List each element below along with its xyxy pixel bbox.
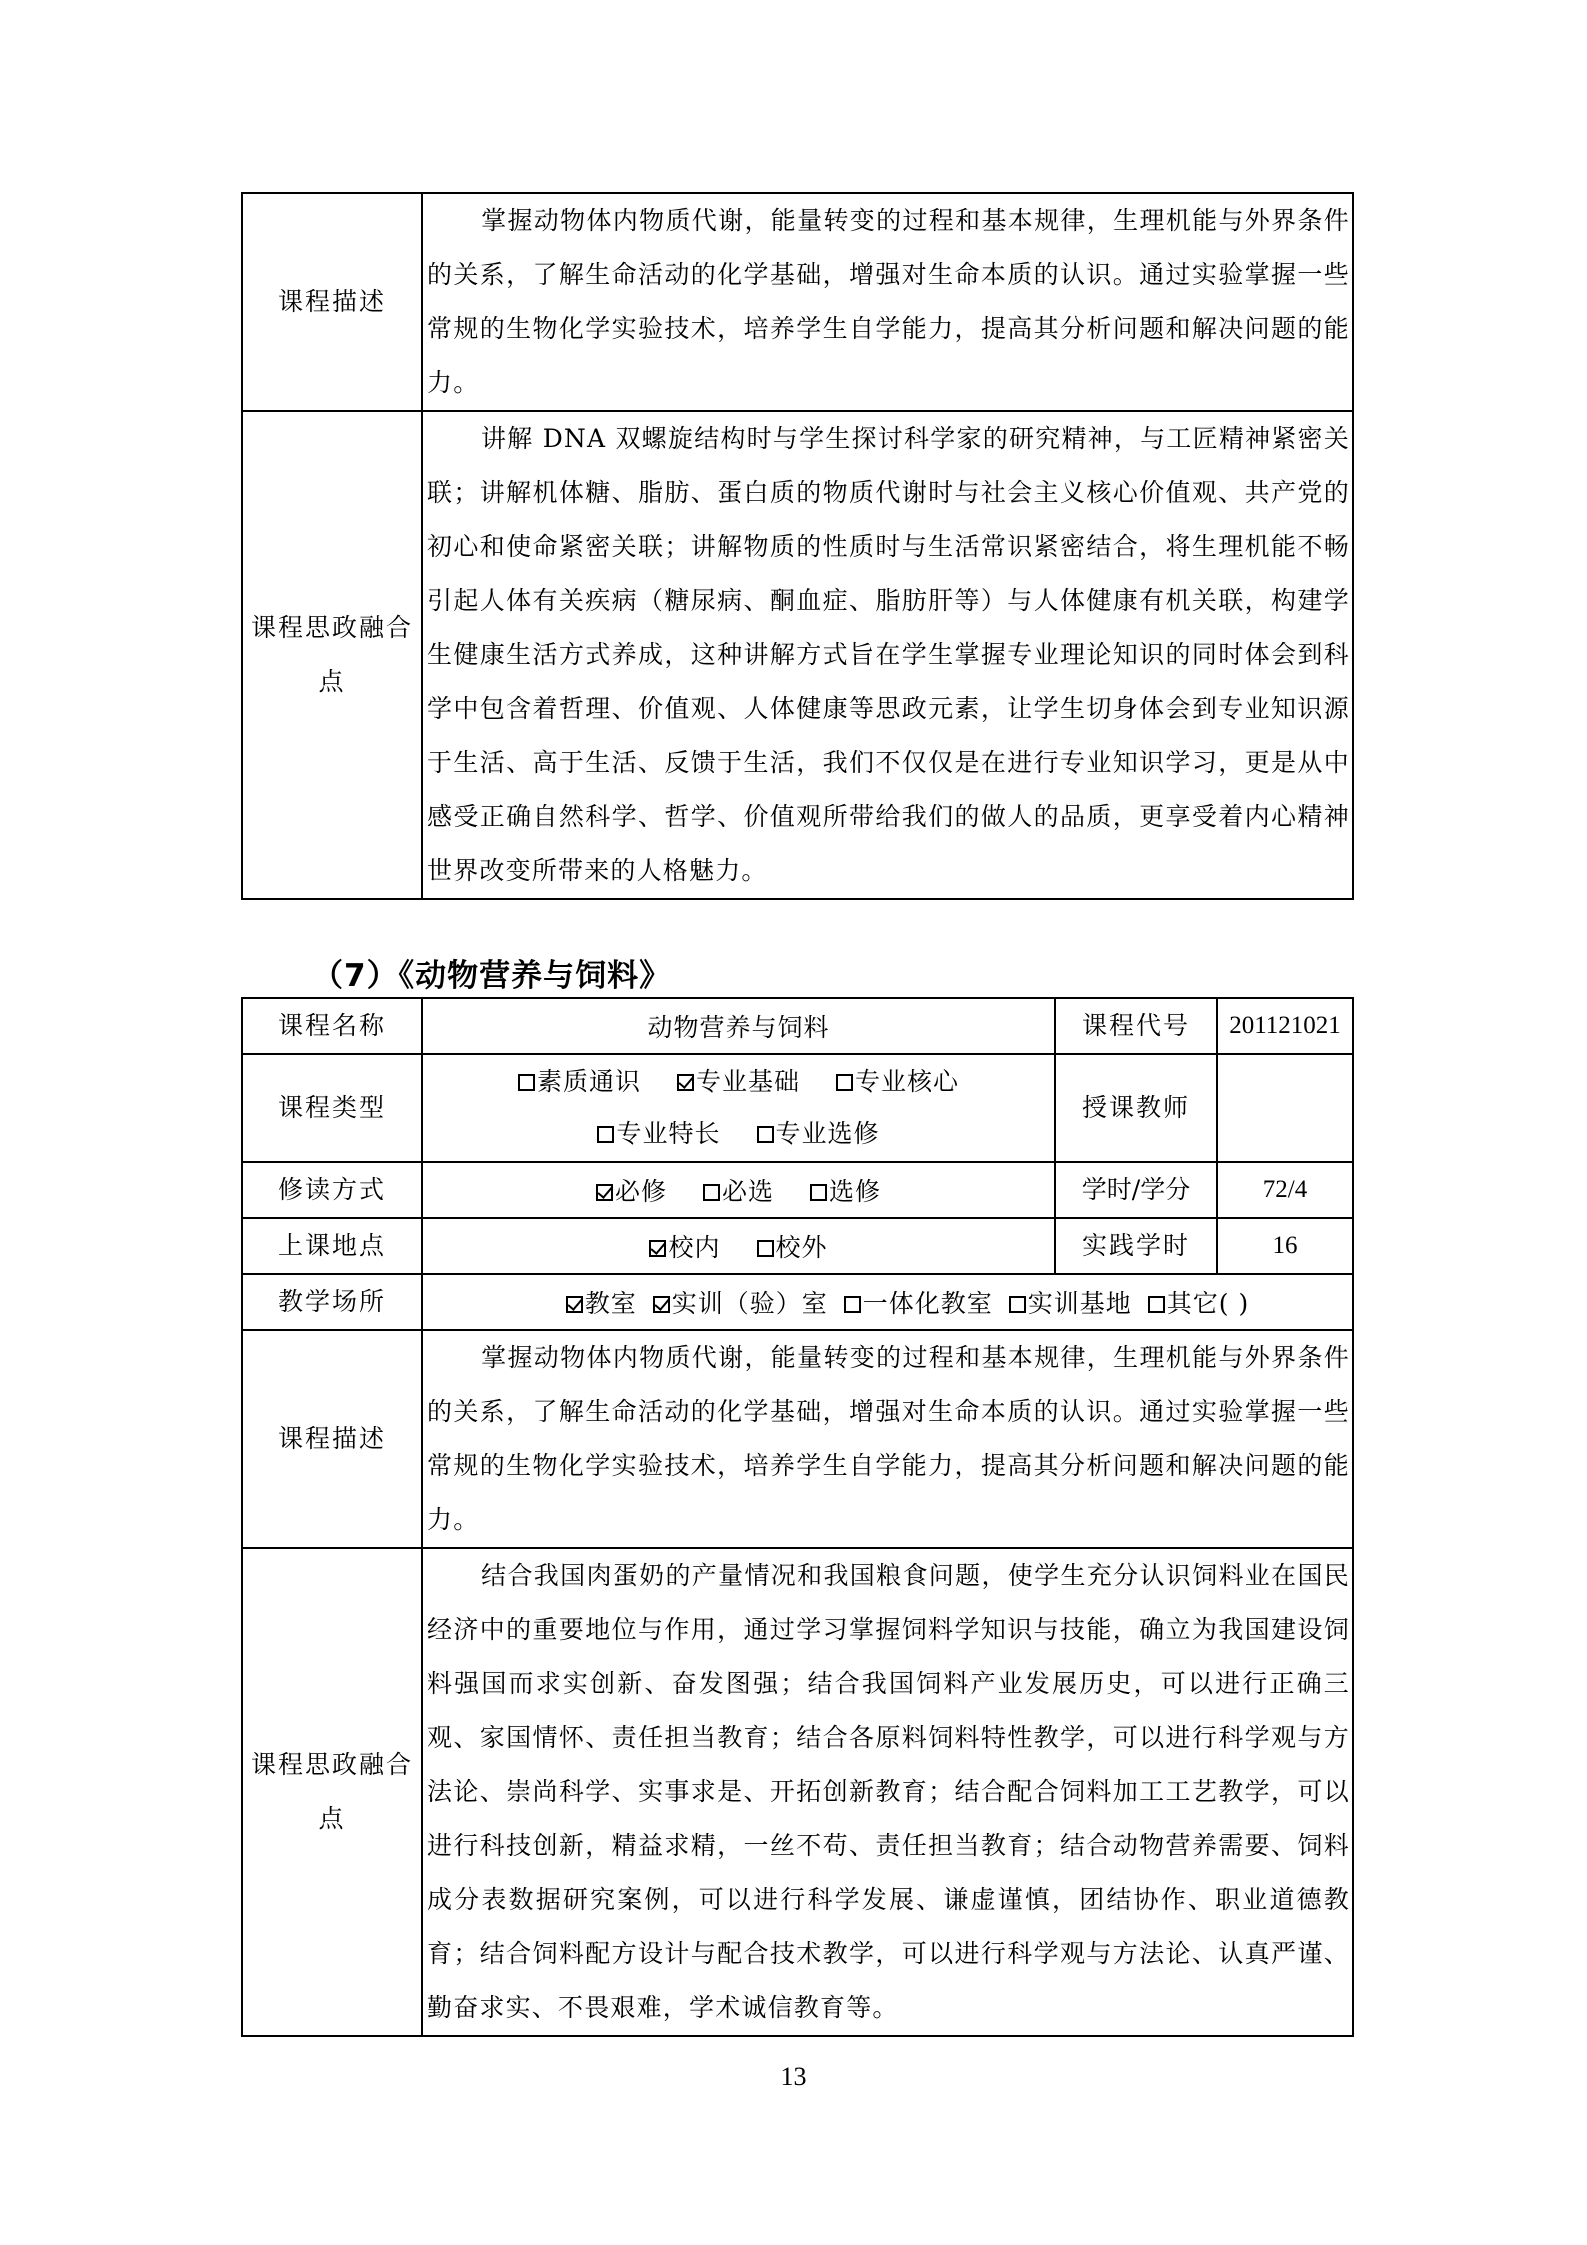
unchecked-checkbox-icon[interactable] xyxy=(703,1184,720,1201)
ideology-text: 讲解 DNA 双螺旋结构时与学生探讨科学家的研究精神，与工匠精神紧密关联；讲解机… xyxy=(422,411,1353,899)
ideology-label: 课程思政融合 点 xyxy=(242,411,422,899)
hours-credits-label: 学时/学分 xyxy=(1055,1162,1217,1218)
course-type-row1: 素质通识专业基础专业核心 xyxy=(423,1056,1054,1108)
course-name-value: 动物营养与饲料 xyxy=(422,998,1055,1054)
course-code-label: 课程代号 xyxy=(1055,998,1217,1054)
course-ideology-text: 结合我国肉蛋奶的产量情况和我国粮食问题，使学生充分认识饲料业在国民经济中的重要地… xyxy=(422,1548,1353,2036)
option-label: 一体化教室 xyxy=(863,1289,993,1318)
option-type-row2-1[interactable]: 专业选修 xyxy=(757,1108,880,1160)
option-label: 专业特长 xyxy=(616,1119,720,1148)
option-label: 实训（验）室 xyxy=(672,1289,828,1318)
practice-hours-label: 实践学时 xyxy=(1055,1218,1217,1274)
checked-checkbox-icon[interactable] xyxy=(596,1184,613,1201)
teacher-value xyxy=(1217,1054,1353,1162)
venue-label: 教学场所 xyxy=(242,1274,422,1330)
unchecked-checkbox-icon[interactable] xyxy=(757,1126,774,1143)
course-type-options: 素质通识专业基础专业核心 专业特长专业选修 xyxy=(422,1054,1055,1162)
option-type-row1-1[interactable]: 专业基础 xyxy=(677,1056,800,1108)
option-label: 必修 xyxy=(615,1177,667,1206)
option-study-mode-2[interactable]: 选修 xyxy=(810,1172,881,1208)
option-label: 校内 xyxy=(668,1233,720,1262)
checked-checkbox-icon[interactable] xyxy=(566,1296,583,1313)
option-type-row2-0[interactable]: 专业特长 xyxy=(597,1108,720,1160)
hours-credits-value: 72/4 xyxy=(1217,1162,1353,1218)
venue-options: 教室实训（验）室一体化教室实训基地其它( ) xyxy=(422,1274,1353,1330)
unchecked-checkbox-icon[interactable] xyxy=(810,1184,827,1201)
unchecked-checkbox-icon[interactable] xyxy=(1009,1296,1026,1313)
unchecked-checkbox-icon[interactable] xyxy=(1148,1296,1165,1313)
option-location-0[interactable]: 校内 xyxy=(649,1228,720,1264)
option-type-row1-0[interactable]: 素质通识 xyxy=(518,1056,641,1108)
option-location-1[interactable]: 校外 xyxy=(757,1228,828,1264)
option-venue-2[interactable]: 一体化教室 xyxy=(844,1284,993,1320)
option-label: 专业选修 xyxy=(776,1119,880,1148)
option-label: 校外 xyxy=(776,1233,828,1262)
course-type-label: 课程类型 xyxy=(242,1054,422,1162)
course-ideology-label: 课程思政融合 点 xyxy=(242,1548,422,2036)
option-venue-4[interactable]: 其它( ) xyxy=(1148,1284,1249,1320)
option-venue-3[interactable]: 实训基地 xyxy=(1009,1284,1132,1320)
option-label: 必选 xyxy=(722,1177,774,1206)
option-label: 素质通识 xyxy=(537,1067,641,1096)
checked-checkbox-icon[interactable] xyxy=(677,1074,694,1091)
option-label: 选修 xyxy=(829,1177,881,1206)
prev-course-table: 课程描述 掌握动物体内物质代谢，能量转变的过程和基本规律，生理机能与外界条件的关… xyxy=(241,192,1354,900)
course-name-label: 课程名称 xyxy=(242,998,422,1054)
unchecked-checkbox-icon[interactable] xyxy=(844,1296,861,1313)
option-label: 专业核心 xyxy=(855,1067,959,1096)
location-label: 上课地点 xyxy=(242,1218,422,1274)
option-label: 其它( ) xyxy=(1167,1289,1249,1318)
page-number: 13 xyxy=(0,2062,1587,2092)
unchecked-checkbox-icon[interactable] xyxy=(836,1074,853,1091)
checked-checkbox-icon[interactable] xyxy=(653,1296,670,1313)
option-label: 实训基地 xyxy=(1028,1289,1132,1318)
checked-checkbox-icon[interactable] xyxy=(649,1240,666,1257)
description-text: 掌握动物体内物质代谢，能量转变的过程和基本规律，生理机能与外界条件的关系，了解生… xyxy=(422,193,1353,411)
option-type-row1-2[interactable]: 专业核心 xyxy=(836,1056,959,1108)
unchecked-checkbox-icon[interactable] xyxy=(597,1126,614,1143)
practice-hours-value: 16 xyxy=(1217,1218,1353,1274)
option-study-mode-1[interactable]: 必选 xyxy=(703,1172,774,1208)
description-label: 课程描述 xyxy=(242,193,422,411)
course-description-text: 掌握动物体内物质代谢，能量转变的过程和基本规律，生理机能与外界条件的关系，了解生… xyxy=(422,1330,1353,1548)
course-code-value: 201121021 xyxy=(1217,998,1353,1054)
teacher-label: 授课教师 xyxy=(1055,1054,1217,1162)
unchecked-checkbox-icon[interactable] xyxy=(757,1240,774,1257)
option-study-mode-0[interactable]: 必修 xyxy=(596,1172,667,1208)
section-title: （7）《动物营养与饲料》 xyxy=(312,950,671,995)
option-label: 教室 xyxy=(585,1289,637,1318)
option-venue-0[interactable]: 教室 xyxy=(566,1284,637,1320)
option-venue-1[interactable]: 实训（验）室 xyxy=(653,1284,828,1320)
study-mode-options: 必修必选选修 xyxy=(422,1162,1055,1218)
unchecked-checkbox-icon[interactable] xyxy=(518,1074,535,1091)
course-type-row2: 专业特长专业选修 xyxy=(423,1108,1054,1160)
course-description-label: 课程描述 xyxy=(242,1330,422,1548)
location-options: 校内校外 xyxy=(422,1218,1055,1274)
course-table: 课程名称 动物营养与饲料 课程代号 201121021 课程类型 素质通识专业基… xyxy=(241,997,1354,2037)
option-label: 专业基础 xyxy=(696,1067,800,1096)
study-mode-label: 修读方式 xyxy=(242,1162,422,1218)
